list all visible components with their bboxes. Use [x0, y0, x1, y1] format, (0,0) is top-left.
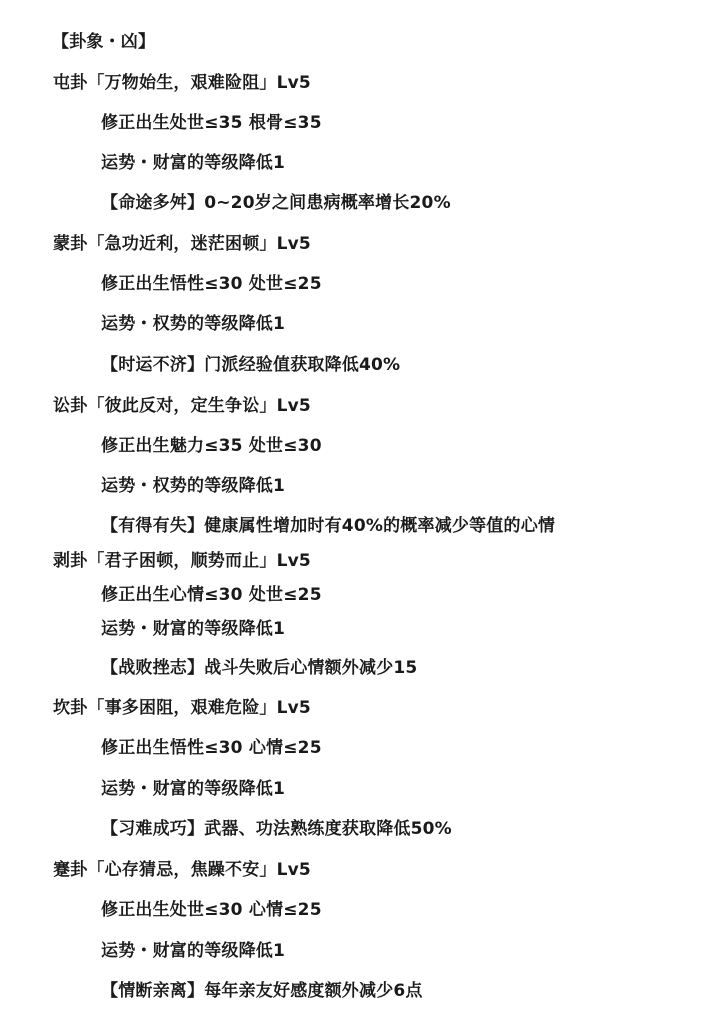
hexagram-effect: 【有得有失】健康属性增加时有40%的概率减少等值的心情 — [101, 515, 555, 537]
hexagram-fortune: 运势・财富的等级降低1 — [101, 152, 285, 174]
hexagram-fortune: 运势・财富的等级降低1 — [101, 940, 285, 962]
hexagram-effect: 【情断亲离】每年亲友好感度额外减少6点 — [101, 980, 423, 1002]
hexagram-title: 坎卦「事多困阻，艰难危险」Lv5 — [53, 697, 311, 719]
hexagram-fortune: 运势・权势的等级降低1 — [101, 475, 285, 497]
hexagram-effect: 【战败挫志】战斗失败后心情额外减少15 — [101, 657, 417, 679]
hexagram-title: 讼卦「彼此反对，定生争讼」Lv5 — [53, 395, 311, 417]
hexagram-fortune: 运势・财富的等级降低1 — [101, 778, 285, 800]
hexagram-effect: 【时运不济】门派经验值获取降低40% — [101, 354, 400, 376]
hexagram-title: 屯卦「万物始生，艰难险阻」Lv5 — [53, 72, 311, 94]
hexagram-effect: 【命途多舛】0~20岁之间患病概率增长20% — [101, 192, 451, 214]
hexagram-fortune: 运势・权势的等级降低1 — [101, 313, 285, 335]
section-title: 【卦象・凶】 — [52, 31, 155, 53]
hexagram-modifier: 修正出生悟性≤30 心情≤25 — [101, 737, 322, 759]
hexagram-modifier: 修正出生处世≤35 根骨≤35 — [101, 112, 322, 134]
hexagram-title: 蒙卦「急功近利，迷茫困顿」Lv5 — [53, 233, 311, 255]
hexagram-effect: 【习难成巧】武器、功法熟练度获取降低50% — [101, 818, 452, 840]
hexagram-modifier: 修正出生心情≤30 处世≤25 — [101, 584, 322, 606]
hexagram-modifier: 修正出生悟性≤30 处世≤25 — [101, 273, 322, 295]
hexagram-modifier: 修正出生处世≤30 心情≤25 — [101, 899, 322, 921]
hexagram-fortune: 运势・财富的等级降低1 — [101, 618, 285, 640]
hexagram-modifier: 修正出生魅力≤35 处世≤30 — [101, 435, 322, 457]
hexagram-title: 蹇卦「心存猜忌，焦躁不安」Lv5 — [53, 859, 311, 881]
hexagram-title: 剥卦「君子困顿，顺势而止」Lv5 — [53, 550, 311, 572]
